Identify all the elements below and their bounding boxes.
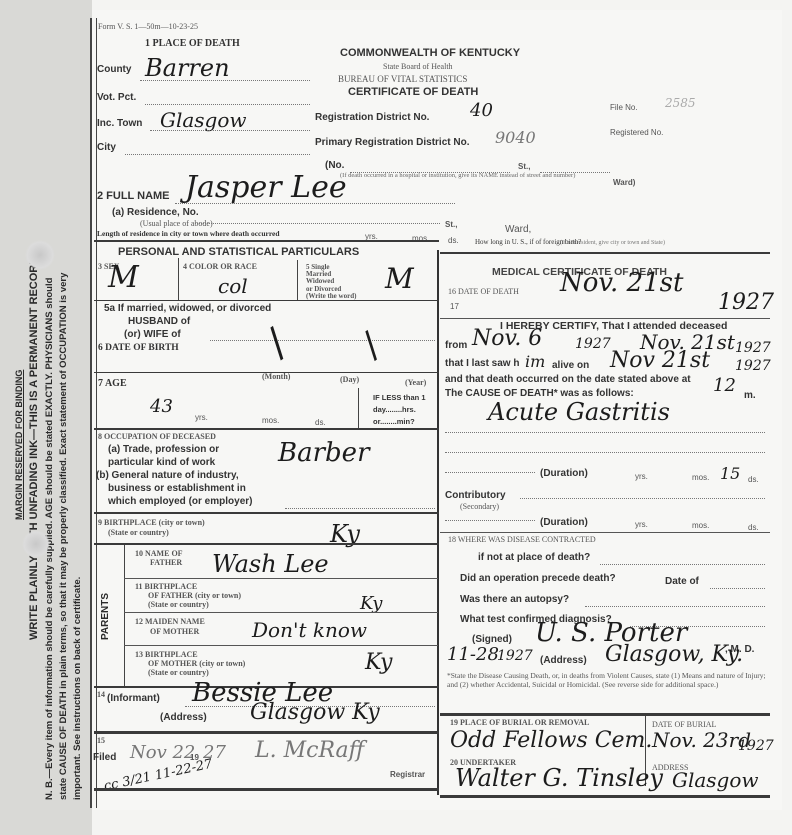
industry-line — [285, 508, 435, 509]
mother-birthplace-label-2: OF MOTHER (city or town) — [148, 659, 245, 668]
residence-st-label: St., — [445, 220, 457, 229]
age-label: 7 AGE — [98, 378, 127, 389]
paper-stain — [25, 240, 55, 270]
sex-value[interactable]: M — [108, 260, 139, 295]
residence-ward-label: Ward, — [505, 224, 531, 235]
inc-town-line — [150, 130, 310, 131]
divider — [94, 731, 439, 734]
signature-year-value[interactable]: 1927 — [497, 648, 533, 664]
death-occurred-label: and that death occurred on the date stat… — [445, 374, 691, 385]
column-divider — [437, 250, 439, 795]
full-name-value[interactable]: Jasper Lee — [185, 170, 347, 205]
father-name-label-1: 10 NAME OF — [135, 549, 183, 558]
divider — [124, 545, 125, 687]
trade-label-2: particular kind of work — [108, 457, 215, 468]
parents-section-label: PARENTS — [100, 593, 111, 640]
registration-district-label: Registration District No. — [315, 112, 429, 123]
city-label: City — [97, 142, 116, 153]
informant-label: (Informant) — [107, 693, 160, 704]
registration-district-value[interactable]: 40 — [470, 100, 493, 121]
last-saw-label: that I last saw h — [445, 358, 519, 369]
margin-instruction-1: WRITE PLAINLY, WITH UNFADING INK—THIS IS… — [28, 257, 40, 640]
physician-address-value[interactable]: Glasgow, Ky. — [605, 642, 743, 667]
filed-label: Filed — [93, 752, 116, 763]
contributory-duration-label: (Duration) — [540, 517, 588, 528]
father-name-value[interactable]: Wash Lee — [212, 550, 329, 578]
operation-date-label: Date of — [665, 576, 699, 587]
filed-number: 15 — [97, 736, 105, 745]
mother-name-label-1: 12 MAIDEN NAME — [135, 617, 205, 626]
contributory-yrs: yrs. — [635, 520, 648, 529]
ward-label: Ward) — [613, 178, 635, 187]
contributory-mos: mos. — [692, 521, 709, 530]
undertaker-address-value[interactable]: Glasgow — [672, 768, 759, 792]
full-name-line — [175, 203, 455, 204]
age-value[interactable]: 43 — [150, 396, 173, 417]
paper-stain — [22, 530, 50, 558]
inc-town-value[interactable]: Glasgow — [160, 108, 247, 132]
age-ds: ds. — [315, 418, 326, 427]
less-min-label: or........min? — [373, 417, 415, 426]
dob-month-sublabel: (Month) — [262, 372, 290, 381]
full-name-label: 2 FULL NAME — [97, 190, 170, 202]
marital-status-value[interactable]: M — [385, 262, 414, 295]
margin-instruction-4: important. See instructions on back of c… — [72, 577, 83, 800]
duration-label: (Duration) — [540, 468, 588, 479]
mother-name-label-2: OF MOTHER — [150, 627, 199, 636]
mother-name-value[interactable]: Don't know — [252, 618, 367, 642]
hospital-note: (If death occurred in a hospital or inst… — [340, 172, 575, 179]
color-race-label: 4 COLOR OR RACE — [183, 262, 257, 271]
registrar-value[interactable]: L. McRaff — [255, 738, 364, 763]
divider — [358, 388, 359, 428]
vot-pct-line — [145, 104, 310, 105]
cause-line — [445, 452, 765, 453]
father-birthplace-label-1: 11 BIRTHPLACE — [135, 582, 197, 591]
age-yrs: yrs. — [195, 413, 208, 422]
primary-registration-value[interactable]: 9040 — [495, 128, 536, 147]
occupation-label: 8 OCCUPATION OF DECEASED — [98, 432, 216, 441]
date-of-death-value[interactable]: Nov. 21st — [560, 268, 683, 298]
industry-label-3: which employed (or employer) — [108, 496, 252, 507]
spouse-label-3: (or) WIFE of — [124, 329, 181, 340]
attended-from-label: from — [445, 340, 467, 351]
industry-label-1: (b) General nature of industry, — [96, 470, 239, 481]
father-birthplace-value[interactable]: Ky — [360, 593, 382, 614]
divider — [94, 300, 439, 301]
birthplace-label-2: (State or country) — [108, 528, 169, 537]
age-mos: mos. — [262, 416, 279, 425]
mother-birthplace-value[interactable]: Ky — [365, 650, 392, 675]
date-of-death-year[interactable]: 1927 — [718, 290, 774, 315]
certificate-title: CERTIFICATE OF DEATH — [348, 86, 478, 98]
divider — [440, 713, 770, 716]
trade-label-1: (a) Trade, profession or — [108, 444, 219, 455]
duration-line — [445, 520, 535, 521]
burial-date-value[interactable]: Nov. 23rd — [652, 728, 751, 752]
contributory-ds: ds. — [748, 523, 759, 532]
divider — [94, 372, 439, 373]
alive-on-value[interactable]: Nov 21st — [610, 348, 710, 373]
father-name-label-2: FATHER — [150, 558, 182, 567]
last-saw-pronoun[interactable]: im — [525, 352, 545, 371]
contributory-line — [520, 498, 765, 499]
spouse-label-1: 5a If married, widowed, or divorced — [104, 303, 271, 314]
contracted-line — [600, 564, 765, 565]
marital-status-label: 5 Single Married Widowed or Divorced (Wr… — [306, 264, 356, 300]
duration-days-value[interactable]: 15 — [720, 464, 740, 483]
father-birthplace-label-3: (State or country) — [148, 600, 209, 609]
form-number: Form V. S. 1—50m—10-23-25 — [98, 22, 198, 31]
burial-place-label: 19 PLACE OF BURIAL OR REMOVAL — [450, 718, 589, 727]
duration-line — [445, 472, 535, 473]
residence-label: (a) Residence, No. — [112, 207, 199, 218]
physician-address-label: (Address) — [540, 655, 587, 666]
residence-ds: ds. — [448, 236, 459, 245]
color-race-value[interactable]: col — [218, 274, 248, 298]
contributory-label: Contributory — [445, 490, 506, 501]
mother-birthplace-label-1: 13 BIRTHPLACE — [135, 650, 198, 659]
spouse-line — [210, 340, 435, 341]
item-17-number: 17 — [450, 302, 459, 311]
informant-address-value[interactable]: Glasgow Ky — [250, 700, 380, 725]
duration-yrs: yrs. — [635, 472, 648, 481]
divider — [94, 428, 439, 430]
margin-reserved-text: MARGIN RESERVED FOR BINDING — [14, 370, 24, 520]
undertaker-value[interactable]: Walter G. Tinsley — [455, 764, 663, 792]
dob-year-sublabel: (Year) — [405, 378, 426, 387]
contracted-label: 18 WHERE WAS DISEASE CONTRACTED — [448, 535, 596, 544]
less-than-label: IF LESS than 1 — [373, 393, 426, 402]
divider — [440, 795, 770, 798]
filed-date-value[interactable]: Nov 22 — [130, 742, 195, 763]
bureau-title: BUREAU OF VITAL STATISTICS — [338, 74, 467, 84]
birthplace-label-1: 9 BIRTHPLACE (city or town) — [98, 518, 205, 527]
divider — [94, 240, 439, 242]
file-no-label: File No. — [610, 103, 638, 112]
divider — [124, 645, 438, 646]
contracted-sublabel: if not at place of death? — [478, 552, 590, 563]
margin-instruction-3: state CAUSE OF DEATH in plain terms, so … — [58, 273, 69, 800]
death-time-value[interactable]: 12 — [713, 375, 736, 396]
divider — [124, 578, 438, 579]
county-value[interactable]: Barren — [145, 54, 230, 82]
length-of-residence-label: Length of residence in city or town wher… — [97, 229, 280, 238]
county-line — [140, 80, 310, 81]
primary-registration-label: Primary Registration District No. — [315, 137, 469, 148]
duration-mos: mos. — [692, 473, 709, 482]
registered-no-label: Registered No. — [610, 128, 663, 137]
autopsy-line — [585, 606, 765, 607]
alive-on-label: alive on — [552, 360, 589, 371]
less-day-label: day........hrs. — [373, 405, 416, 414]
file-no-value: 2585 — [665, 96, 696, 110]
street-label: St., — [518, 162, 530, 171]
divider — [297, 260, 298, 300]
operation-label: Did an operation precede death? — [460, 573, 616, 584]
informant-address-label: (Address) — [160, 712, 207, 723]
mother-birthplace-label-3: (State or country) — [148, 668, 209, 677]
board-of-health: State Board of Health — [383, 62, 453, 71]
divider — [94, 543, 439, 545]
father-birthplace-label-2: OF FATHER (city or town) — [148, 591, 241, 600]
attended-from-value[interactable]: Nov. 6 — [472, 326, 542, 351]
divider — [94, 788, 439, 791]
inc-town-label: Inc. Town — [97, 118, 142, 129]
trade-value[interactable]: Barber — [278, 438, 370, 468]
cause-footnote: *State the Disease Causing Death, or, in… — [447, 672, 767, 689]
signature-date-value[interactable]: 11-28 — [447, 644, 499, 665]
divider — [94, 512, 439, 514]
duration-ds: ds. — [748, 475, 759, 484]
divider — [440, 532, 770, 533]
attended-from-year[interactable]: 1927 — [575, 336, 611, 352]
secondary-label: (Secondary) — [460, 502, 499, 511]
burial-date-year[interactable]: 1927 — [738, 738, 774, 754]
binding-margin: MARGIN RESERVED FOR BINDING WRITE PLAINL… — [0, 0, 92, 835]
how-long-in-us: How long in U. S., if of foreign birth? — [475, 238, 581, 246]
personal-section-title: PERSONAL AND STATISTICAL PARTICULARS — [118, 246, 359, 258]
county-label: County — [97, 64, 131, 75]
city-line — [125, 154, 310, 155]
dob-day-sublabel: (Day) — [340, 375, 359, 384]
divider — [178, 258, 179, 300]
autopsy-label: Was there an autopsy? — [460, 594, 569, 605]
cause-of-death-value[interactable]: Acute Gastritis — [488, 398, 670, 426]
place-of-death-heading: 1 PLACE OF DEATH — [145, 38, 240, 49]
informant-number: 14 — [97, 690, 105, 699]
divider — [124, 612, 438, 613]
residence-line — [195, 223, 440, 224]
dob-label: 6 DATE OF BIRTH — [98, 343, 179, 353]
date-of-death-label: 16 DATE OF DEATH — [448, 287, 519, 296]
cause-line — [445, 432, 765, 433]
attended-to-year[interactable]: 1927 — [735, 340, 771, 356]
divider — [440, 252, 770, 254]
industry-label-2: business or establishment in — [108, 483, 246, 494]
burial-place-value[interactable]: Odd Fellows Cem. — [450, 728, 652, 753]
form-border-left — [90, 18, 97, 808]
spouse-label-2: HUSBAND of — [128, 316, 190, 327]
registrar-label: Registrar — [390, 770, 425, 779]
commonwealth-title: COMMONWEALTH OF KENTUCKY — [340, 47, 520, 59]
operation-date-line — [710, 588, 765, 589]
death-time-suffix: m. — [744, 390, 756, 401]
divider — [440, 318, 770, 319]
vot-pct-label: Vot. Pct. — [97, 92, 136, 103]
alive-on-year[interactable]: 1927 — [735, 358, 771, 374]
